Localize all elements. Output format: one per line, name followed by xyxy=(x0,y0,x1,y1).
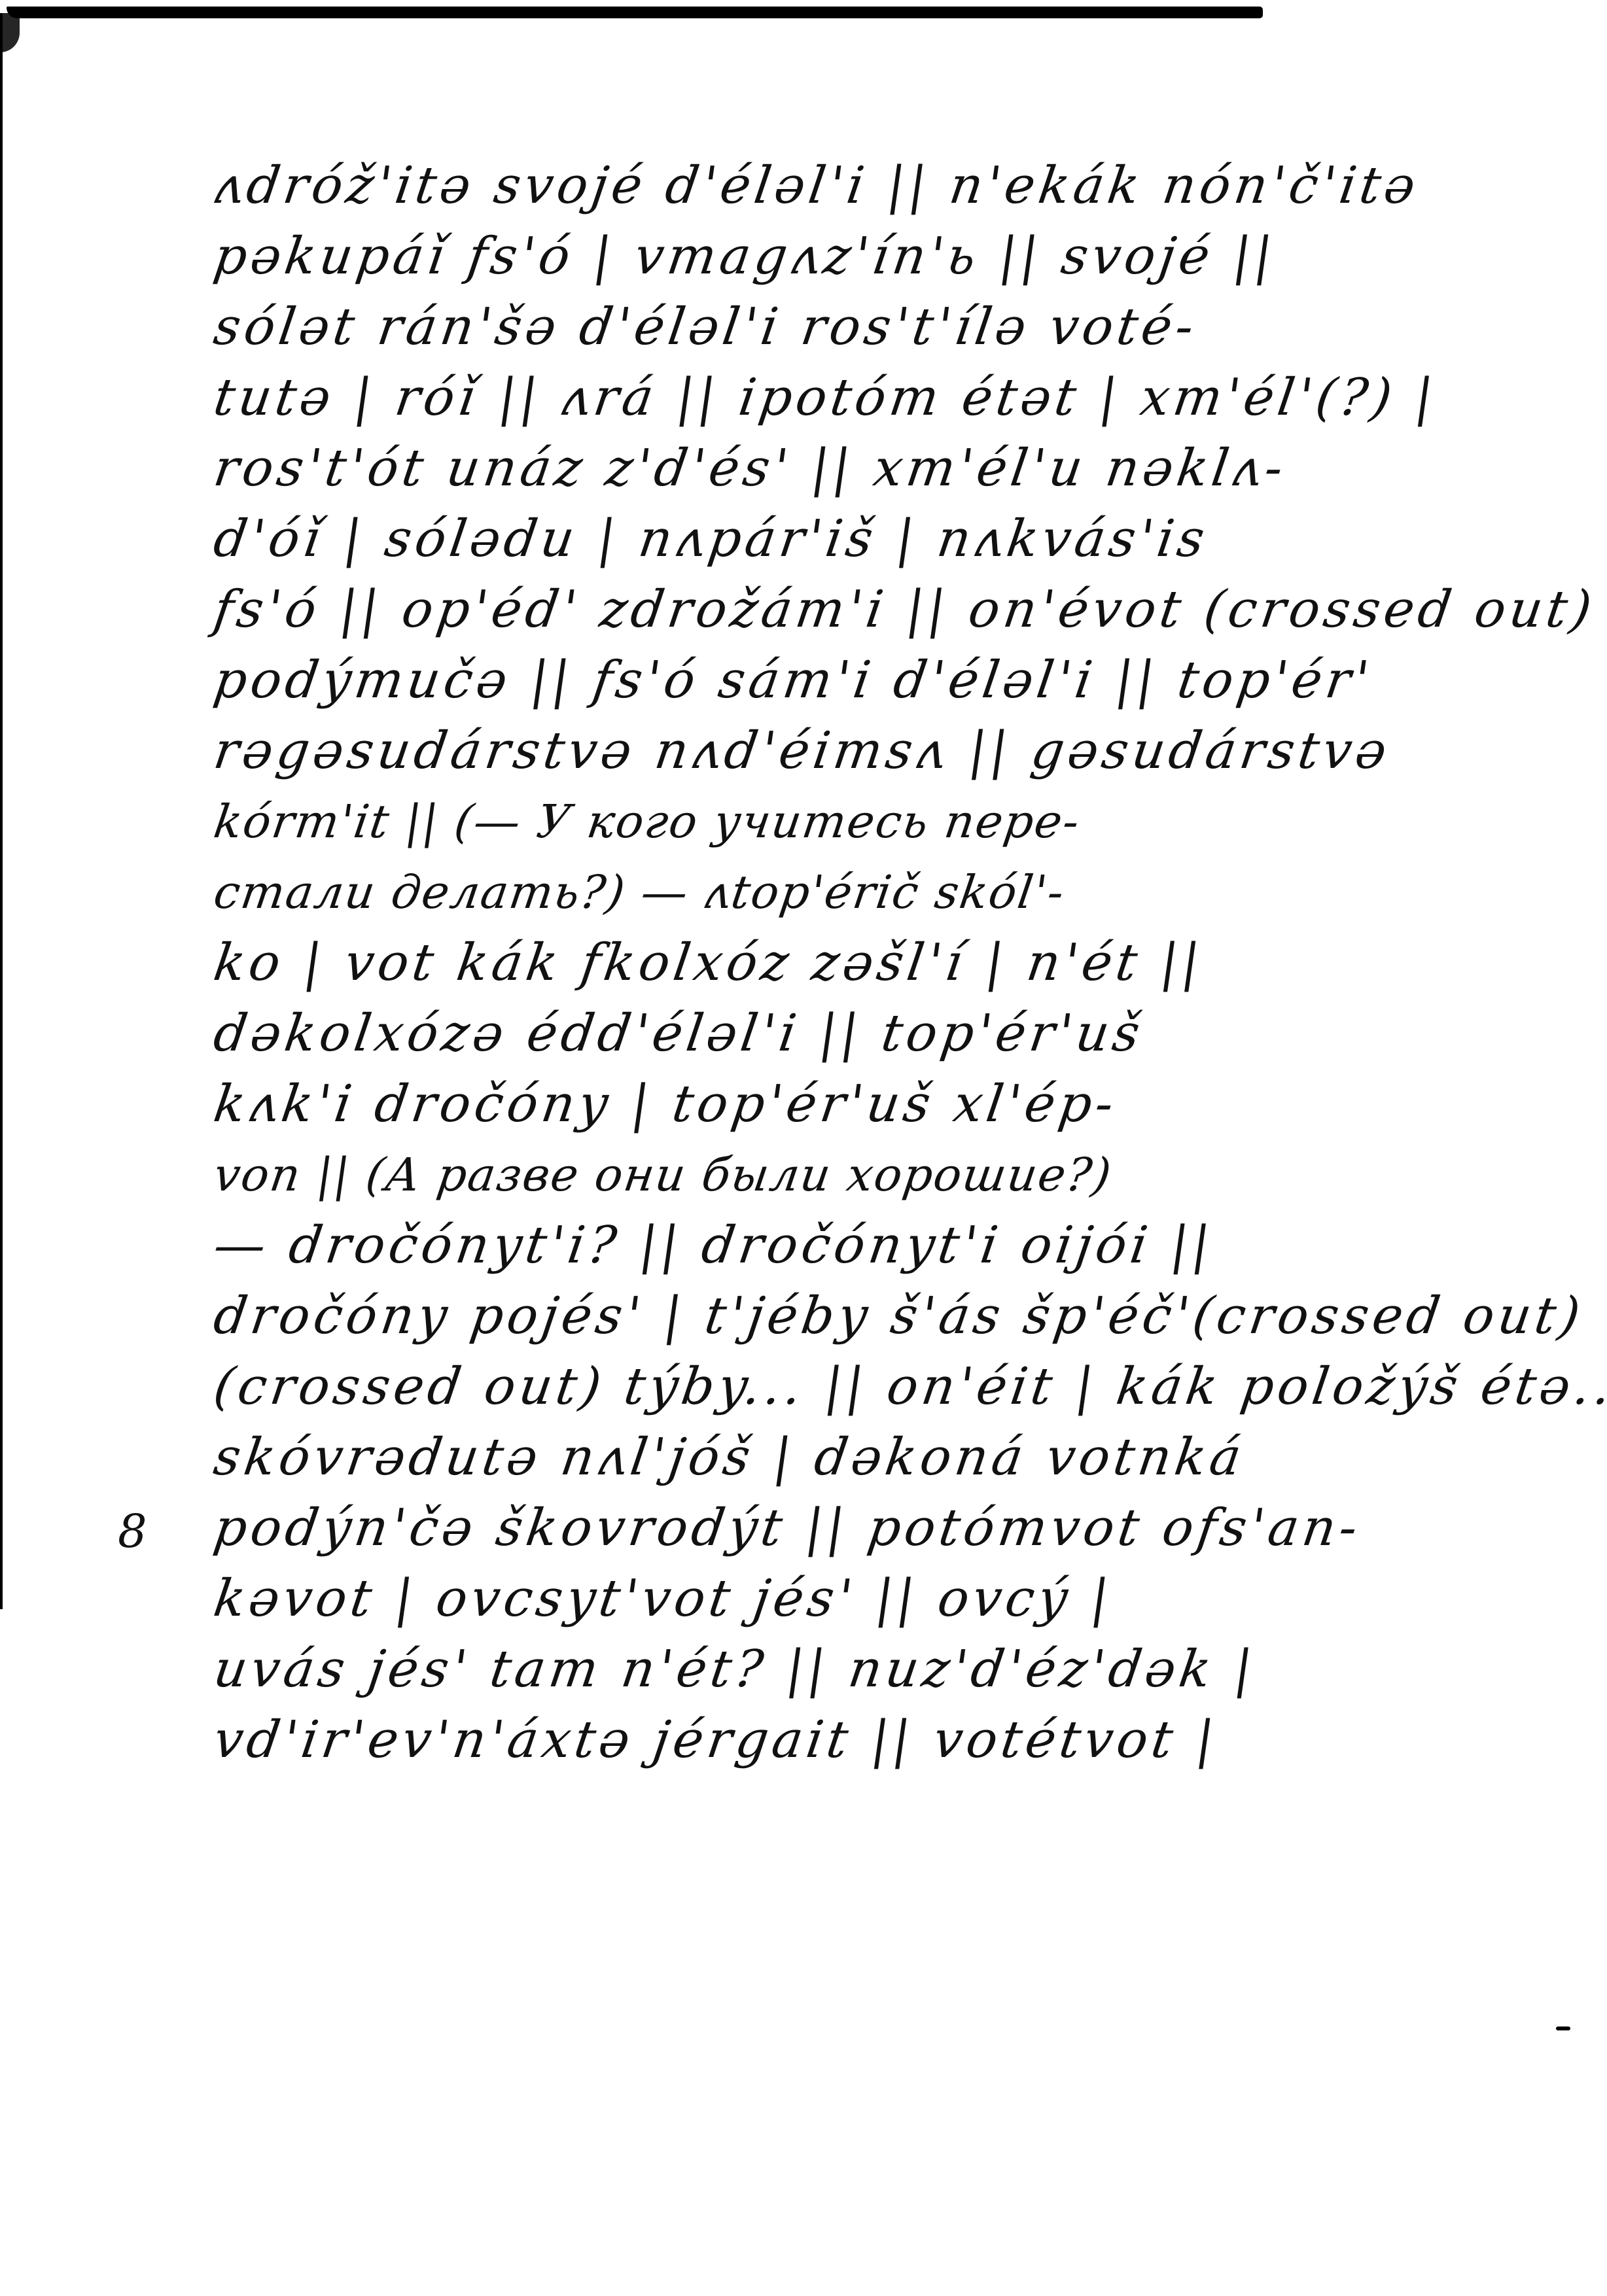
text-line: dǝkolxózǝ édd'élǝl'i || top'ér'uš xyxy=(209,998,1384,1069)
text-line: sólǝt rán'šə d'élǝl'i ros't'ílə voté- xyxy=(209,292,1384,362)
text-line: ʌdróž'itə svojé d'élǝl'i || n'ekák nón'č… xyxy=(209,150,1384,221)
text-line: ros't'ót unáz z'd'és' || xm'él'u nəklʌ- xyxy=(209,433,1384,504)
text-line: d'óǐ | sólǝdu | nʌpár'iš | nʌkvás'is xyxy=(209,504,1384,574)
text-line: tutǝ | róǐ || ʌrá || ipotóm étǝt | xm'él… xyxy=(209,362,1384,433)
text-line: kórm'it || (— У кого учитесь пере- xyxy=(209,786,1384,857)
text-line: dročóny pojés' | t'jéby š'ás šp'éč'(cros… xyxy=(209,1281,1384,1351)
text-line: ko | vot kák fkolxóz zǝšl'í | n'ét || xyxy=(209,928,1384,998)
text-line: (crossed out) týby... || on'éit | kák po… xyxy=(209,1351,1384,1422)
text-line: von || (А разве они были хорошие?) xyxy=(209,1139,1384,1210)
text-line: pəkupáǐ fs'ó | vmagʌz'ín'ь || svojé || xyxy=(209,221,1384,292)
text-line: vd'ir'ev'n'áxtǝ jérgait || votétvot | xyxy=(209,1705,1384,1775)
text-line: fs'ó || op'éd' zdrožám'i || on'évot (cro… xyxy=(209,574,1384,645)
text-line: podýn'čǝ škovrodýt || potómvot ofs'an- xyxy=(209,1493,1384,1563)
text-line: podýmučə || fs'ó sám'i d'élǝl'i || top'é… xyxy=(209,645,1384,716)
text-line: — dročónyt'i? || dročónyt'i oijói || xyxy=(209,1210,1384,1281)
scan-speck xyxy=(1556,2026,1570,2030)
text-line: rǝgǝsudárstvǝ nʌd'éimsʌ || gǝsudárstvǝ xyxy=(209,716,1384,786)
text-line: skóvrǝdutǝ nʌl'jóš | dǝkoná votnká xyxy=(209,1422,1384,1493)
page-left-edge xyxy=(0,13,7,1609)
page-top-border xyxy=(7,7,1263,18)
text-line: kʌk'i dročóny | top'ér'uš xl'ép- xyxy=(209,1069,1384,1139)
text-line: uvás jés' tam n'ét? || nuz'd'éz'dǝk | xyxy=(209,1634,1384,1705)
text-line: стали делать?) — ʌtop'érič skól'- xyxy=(209,857,1384,928)
text-line: kǝvot | ovcsyt'vot jés' || ovcý | xyxy=(209,1563,1384,1634)
handwritten-text-block: ʌdróž'itə svojé d'élǝl'i || n'ekák nón'č… xyxy=(209,150,1374,1775)
scan-corner-smudge xyxy=(0,13,20,52)
margin-page-number: 8 xyxy=(118,1505,147,1558)
